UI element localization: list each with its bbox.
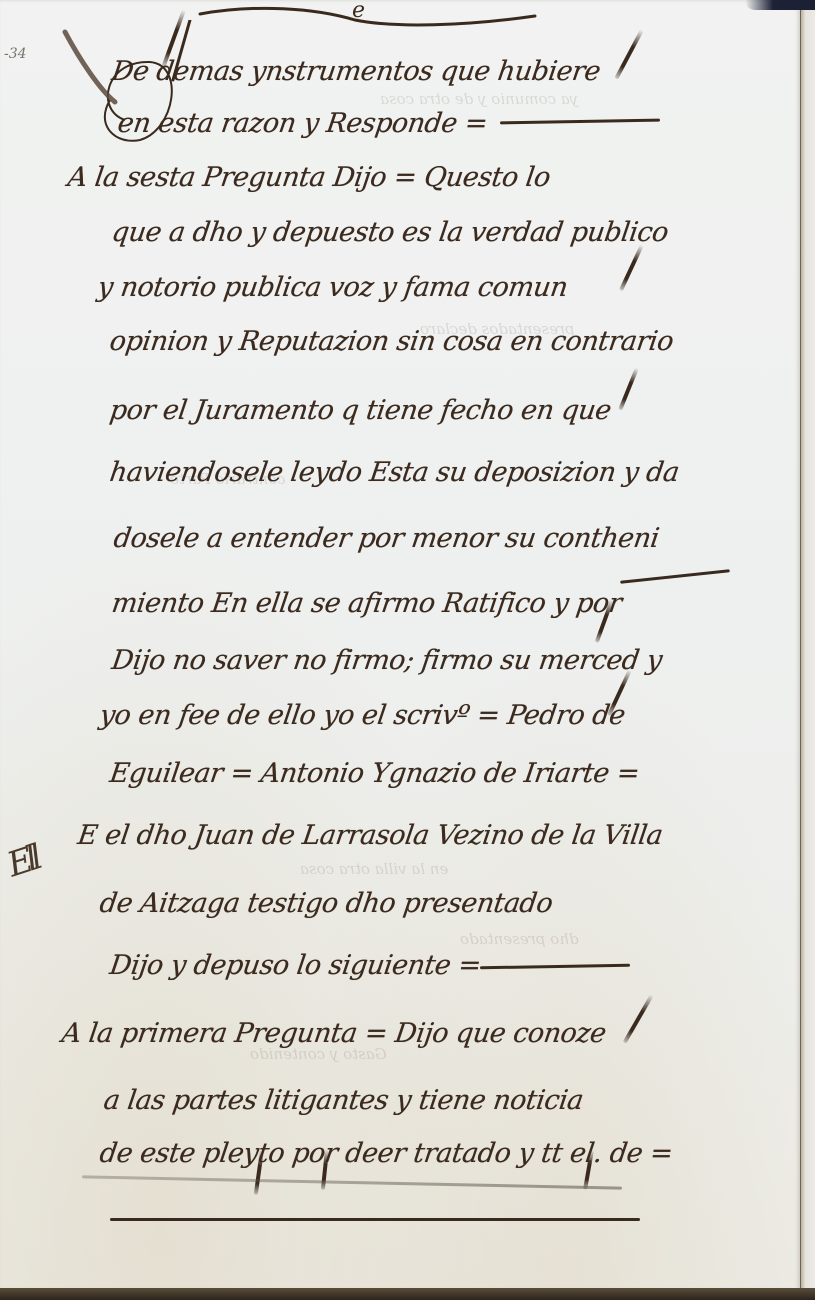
page-number: -34 (4, 46, 27, 62)
manuscript-line: dosele a entender por menor su contheni (112, 523, 661, 554)
manuscript-line: De demas ynstrumentos que hubiere (110, 56, 602, 87)
line-filler-stroke (620, 569, 730, 583)
bleed-through-text: en la villa otra cosa (300, 860, 448, 878)
manuscript-line: miento En ella se afirmo Ratifico y por (110, 588, 624, 619)
ink-stroke (614, 29, 643, 79)
manuscript-line: y notorio publica voz y fama comun (96, 272, 570, 303)
header-mark: e (352, 0, 365, 23)
line-filler-stroke (480, 964, 630, 970)
manuscript-page: ya comunio y de otra cosa presentados de… (0, 0, 800, 1290)
manuscript-line: por el Juramento q tiene fecho en que (108, 395, 613, 426)
adjacent-page-edge (800, 8, 815, 1300)
initial-flourish-icon (55, 20, 215, 170)
manuscript-line: a las partes litigantes y tiene noticia (102, 1085, 585, 1116)
line-filler-stroke (500, 119, 660, 125)
manuscript-line: en esta razon y Responde = (116, 108, 490, 139)
faint-closing-rule (82, 1175, 622, 1189)
closing-rule (110, 1218, 640, 1221)
manuscript-line: Eguilear = Antonio Ygnazio de Iriarte = (108, 758, 642, 789)
manuscript-line: yo en fee de ello yo el scrivº = Pedro d… (98, 700, 627, 731)
manuscript-line: E el dho Juan de Larrasola Vezino de la … (76, 820, 665, 851)
bleed-through-text: ya comunio y de otra cosa (380, 90, 578, 108)
manuscript-line: de Aitzaga testigo dho presentado (98, 888, 555, 919)
ink-stroke (619, 244, 644, 291)
margin-note: Ell (3, 839, 43, 886)
ink-stroke (623, 994, 654, 1044)
manuscript-viewport: ya comunio y de otra cosa presentados de… (0, 0, 815, 1300)
binding-corner (745, 0, 815, 10)
header-flourish-icon (195, 2, 555, 32)
bleed-through-text: dho presentado (460, 930, 579, 948)
manuscript-line: Dijo y depuso lo siguiente = (108, 950, 483, 981)
manuscript-line: haviendosele leydo Esta su deposizion y … (108, 457, 681, 488)
manuscript-line: que a dho y depuesto es la verdad public… (110, 217, 670, 248)
ink-stroke (618, 367, 639, 410)
page-bottom-edge (0, 1288, 815, 1300)
manuscript-line: A la primera Pregunta = Dijo que conoze (60, 1018, 608, 1049)
manuscript-line: Dijo no saver no firmo; firmo su merced … (110, 645, 664, 676)
manuscript-line: A la sesta Pregunta Dijo = Questo lo (66, 162, 552, 193)
manuscript-line: opinion y Reputazion sin cosa en contrar… (108, 326, 675, 357)
